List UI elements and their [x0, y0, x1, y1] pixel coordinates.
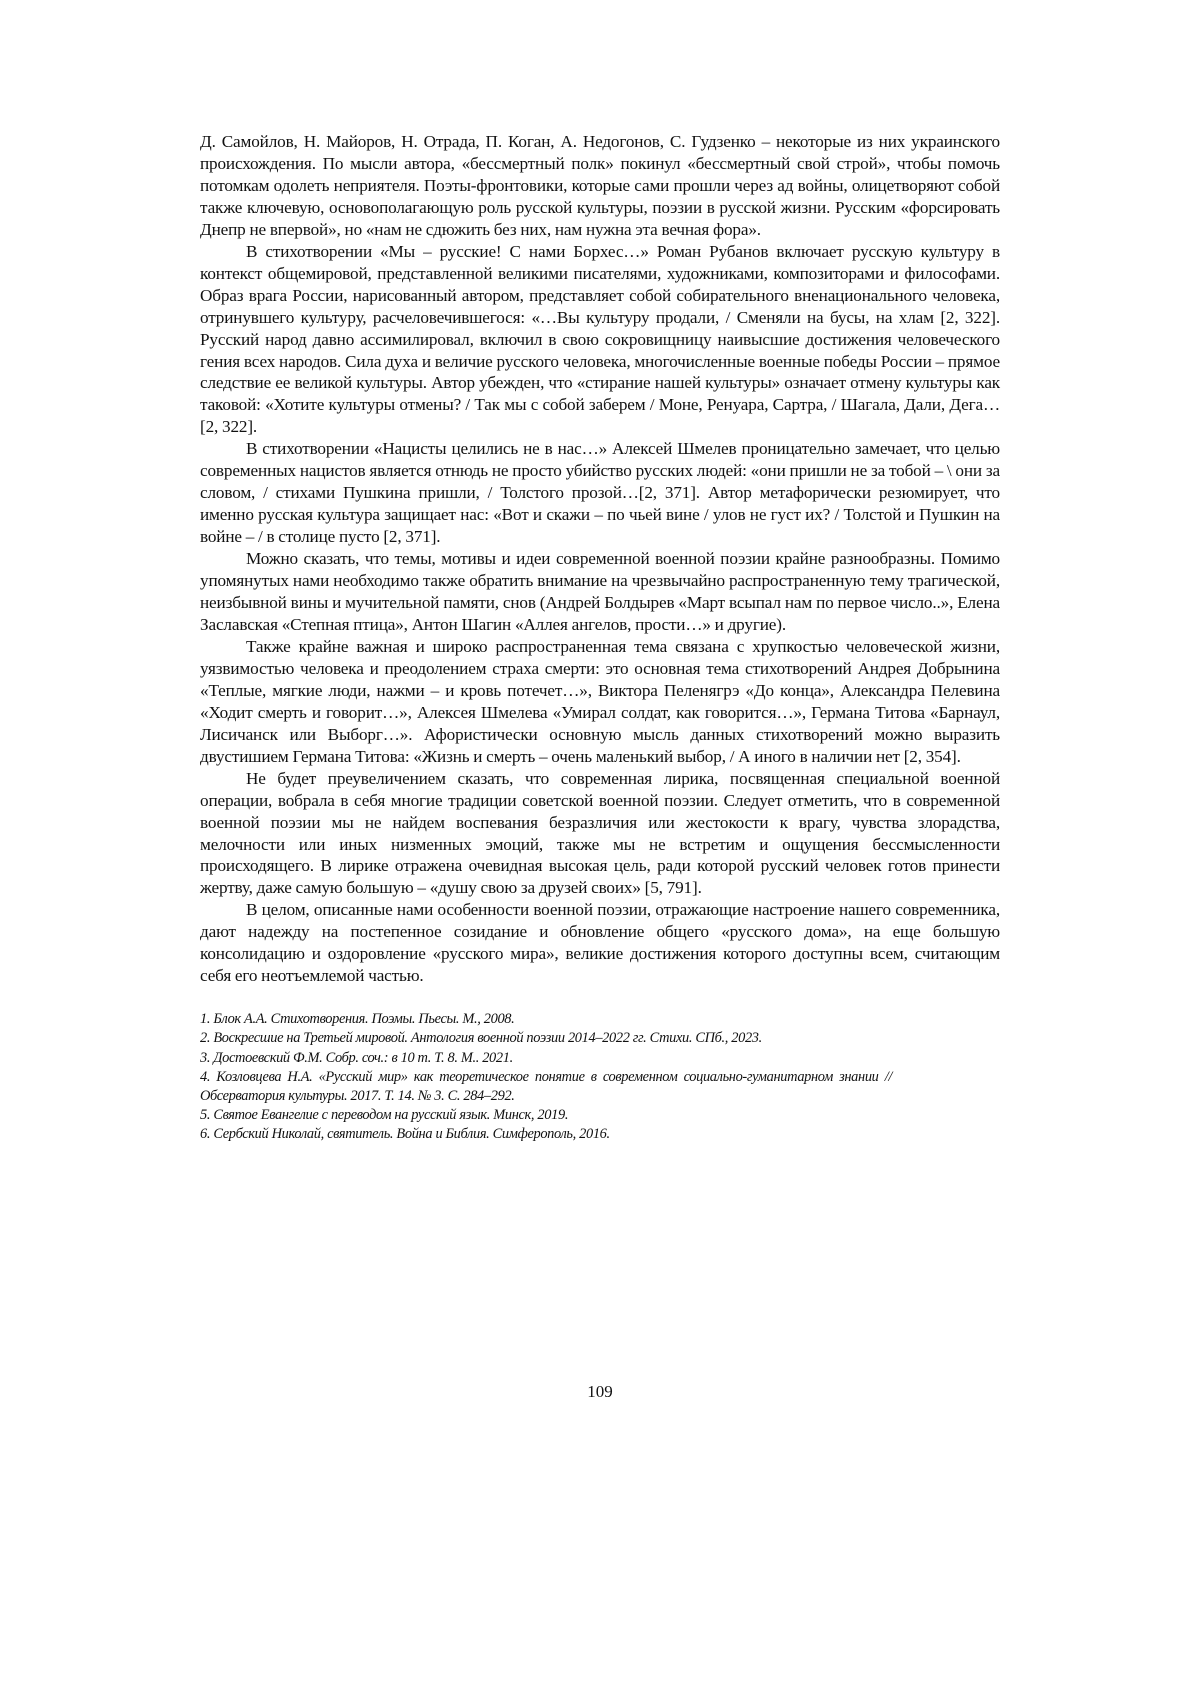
reference-item: 5. Святое Евангелие с переводом на русск…: [200, 1106, 1000, 1125]
reference-item: 6. Сербский Николай, святитель. Война и …: [200, 1125, 1000, 1144]
reference-item: 2. Воскресшие на Третьей мировой. Антоло…: [200, 1029, 1000, 1048]
paragraph-continued: Д. Самойлов, Н. Майоров, Н. Отрада, П. К…: [200, 131, 1000, 241]
paragraph: Можно сказать, что темы, мотивы и идеи с…: [200, 548, 1000, 636]
paragraph: Не будет преувеличением сказать, что сов…: [200, 768, 1000, 900]
paragraph: В стихотворении «Мы – русские! С нами Бо…: [200, 241, 1000, 439]
body-text: Д. Самойлов, Н. Майоров, Н. Отрада, П. К…: [200, 131, 1000, 987]
reference-item: 4. Козловцева Н.А. «Русский мир» как тео…: [200, 1068, 892, 1106]
reference-list: 1. Блок А.А. Стихотворения. Поэмы. Пьесы…: [200, 1010, 1000, 1144]
page-number: 109: [0, 1382, 1200, 1402]
document-page: Д. Самойлов, Н. Майоров, Н. Отрада, П. К…: [200, 131, 1000, 1145]
paragraph: Также крайне важная и широко распростран…: [200, 636, 1000, 768]
paragraph: В стихотворении «Нацисты целились не в н…: [200, 438, 1000, 548]
paragraph-conclusion: В целом, описанные нами особенности воен…: [200, 899, 1000, 987]
reference-item: 3. Достоевский Ф.М. Собр. соч.: в 10 т. …: [200, 1049, 1000, 1068]
reference-item: 1. Блок А.А. Стихотворения. Поэмы. Пьесы…: [200, 1010, 1000, 1029]
